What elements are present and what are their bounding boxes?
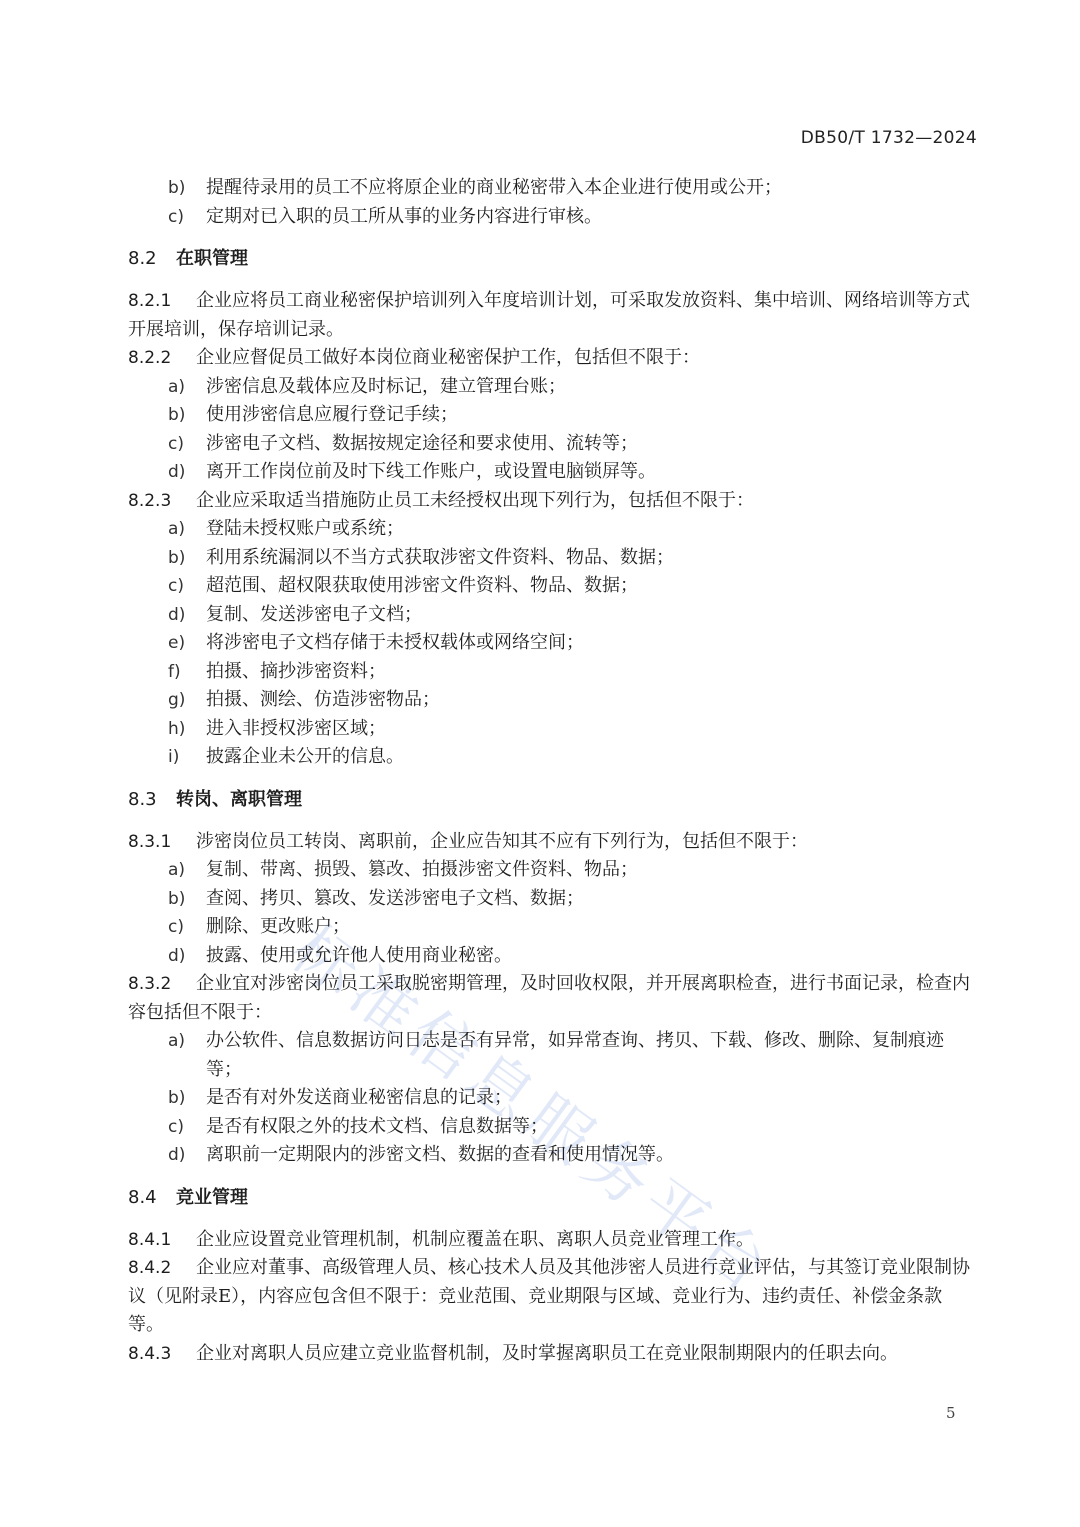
clause-text: 涉密岗位员工转岗、离职前，企业应告知其不应有下列行为，包括但不限于： [196, 831, 808, 852]
list-item: c)超范围、超权限获取使用涉密文件资料、物品、数据； [128, 572, 978, 601]
list-item: d)离开工作岗位前及时下线工作账户，或设置电脑锁屏等。 [128, 458, 978, 487]
list-item: b)利用系统漏洞以不当方式获取涉密文件资料、物品、数据； [128, 544, 978, 573]
section-title: 竞业管理 [176, 1187, 248, 1208]
clause: 8.3.2企业宜对涉密岗位员工采取脱密期管理，及时回收权限，并开展离职检查，进行… [128, 970, 978, 1027]
clause: 8.4.1企业应设置竞业管理机制，机制应覆盖在职、离职人员竞业管理工作。 [128, 1226, 978, 1255]
list-item-text: 涉密电子文档、数据按规定途径和要求使用、流转等； [206, 430, 978, 459]
list-item-label: a) [168, 856, 206, 885]
clause-text: 企业应对董事、高级管理人员、核心技术人员及其他涉密人员进行竞业评估，与其签订竞业… [128, 1257, 970, 1335]
list-item-label: h) [168, 715, 206, 744]
page-number: 5 [946, 1404, 956, 1422]
clause-text: 企业应将员工商业秘密保护培训列入年度培训计划，可采取发放资料、集中培训、网络培训… [128, 290, 970, 340]
clause-number: 8.4.3 [128, 1340, 196, 1369]
list-item: a)涉密信息及载体应及时标记，建立管理台账； [128, 373, 978, 402]
list-item-label: d) [168, 601, 206, 630]
section-number: 8.4 [128, 1184, 176, 1212]
list-item: a)办公软件、信息数据访问日志是否有异常，如异常查询、拷贝、下载、修改、删除、复… [128, 1027, 978, 1084]
list-item-label: g) [168, 686, 206, 715]
list-item-label: i) [168, 743, 206, 772]
list-item: d)离职前一定期限内的涉密文档、数据的查看和使用情况等。 [128, 1141, 978, 1170]
list-item-text: 拍摄、测绘、仿造涉密物品； [206, 686, 978, 715]
list-item-label: a) [168, 1027, 206, 1084]
clause: 8.2.1企业应将员工商业秘密保护培训列入年度培训计划，可采取发放资料、集中培训… [128, 287, 978, 344]
list-item-text: 使用涉密信息应履行登记手续； [206, 401, 978, 430]
list-item-text: 离开工作岗位前及时下线工作账户，或设置电脑锁屏等。 [206, 458, 978, 487]
list-item-label: d) [168, 1141, 206, 1170]
list-item-text: 定期对已入职的员工所从事的业务内容进行审核。 [206, 203, 978, 232]
list-item-label: e) [168, 629, 206, 658]
list-item-label: c) [168, 913, 206, 942]
list-item: e)将涉密电子文档存储于未授权载体或网络空间； [128, 629, 978, 658]
list-item-text: 超范围、超权限获取使用涉密文件资料、物品、数据； [206, 572, 978, 601]
section-heading: 8.2在职管理 [128, 245, 978, 273]
list-item: f)拍摄、摘抄涉密资料； [128, 658, 978, 687]
clause-number: 8.3.2 [128, 970, 196, 999]
section-heading: 8.4竞业管理 [128, 1184, 978, 1212]
list-item: c)涉密电子文档、数据按规定途径和要求使用、流转等； [128, 430, 978, 459]
clause: 8.3.1涉密岗位员工转岗、离职前，企业应告知其不应有下列行为，包括但不限于： [128, 828, 978, 857]
list-item-label: c) [168, 430, 206, 459]
clause: 8.2.2企业应督促员工做好本岗位商业秘密保护工作，包括但不限于： [128, 344, 978, 373]
section-heading: 8.3转岗、离职管理 [128, 786, 978, 814]
list-item-label: b) [168, 544, 206, 573]
list-item-text: 办公软件、信息数据访问日志是否有异常，如异常查询、拷贝、下载、修改、删除、复制痕… [206, 1027, 978, 1084]
list-item-text: 进入非授权涉密区域； [206, 715, 978, 744]
list-item-text: 查阅、拷贝、篡改、发送涉密电子文档、数据； [206, 885, 978, 914]
list-item: h)进入非授权涉密区域； [128, 715, 978, 744]
list-item-text: 利用系统漏洞以不当方式获取涉密文件资料、物品、数据； [206, 544, 978, 573]
list-item-label: d) [168, 458, 206, 487]
list-item-text: 将涉密电子文档存储于未授权载体或网络空间； [206, 629, 978, 658]
list-item: b)是否有对外发送商业秘密信息的记录； [128, 1084, 978, 1113]
clause: 8.4.2企业应对董事、高级管理人员、核心技术人员及其他涉密人员进行竞业评估，与… [128, 1254, 978, 1340]
list-item: c)定期对已入职的员工所从事的业务内容进行审核。 [128, 203, 978, 232]
list-item: c)删除、更改账户； [128, 913, 978, 942]
list-item-text: 复制、带离、损毁、篡改、拍摄涉密文件资料、物品； [206, 856, 978, 885]
document-body: b)提醒待录用的员工不应将原企业的商业秘密带入本企业进行使用或公开；c)定期对已… [128, 174, 978, 1368]
list-item-text: 披露企业未公开的信息。 [206, 743, 978, 772]
list-item-label: c) [168, 572, 206, 601]
list-item-label: c) [168, 1113, 206, 1142]
list-item-text: 是否有权限之外的技术文档、信息数据等； [206, 1113, 978, 1142]
list-item-label: a) [168, 515, 206, 544]
clause: 8.2.3企业应采取适当措施防止员工未经授权出现下列行为，包括但不限于： [128, 487, 978, 516]
list-item-text: 登陆未授权账户或系统； [206, 515, 978, 544]
clause-number: 8.2.2 [128, 344, 196, 373]
list-item-text: 涉密信息及载体应及时标记，建立管理台账； [206, 373, 978, 402]
list-item-text: 复制、发送涉密电子文档； [206, 601, 978, 630]
list-item: c)是否有权限之外的技术文档、信息数据等； [128, 1113, 978, 1142]
clause-text: 企业应设置竞业管理机制，机制应覆盖在职、离职人员竞业管理工作。 [196, 1229, 754, 1250]
list-item-text: 拍摄、摘抄涉密资料； [206, 658, 978, 687]
clause: 8.4.3企业对离职人员应建立竞业监督机制，及时掌握离职员工在竞业限制期限内的任… [128, 1340, 978, 1369]
list-item: b)提醒待录用的员工不应将原企业的商业秘密带入本企业进行使用或公开； [128, 174, 978, 203]
section-number: 8.2 [128, 245, 176, 273]
section-title: 转岗、离职管理 [176, 789, 302, 810]
clause-number: 8.2.1 [128, 287, 196, 316]
list-item-label: d) [168, 942, 206, 971]
list-item-label: b) [168, 174, 206, 203]
section-number: 8.3 [128, 786, 176, 814]
clause-text: 企业应采取适当措施防止员工未经授权出现下列行为，包括但不限于： [196, 490, 754, 511]
clause-number: 8.3.1 [128, 828, 196, 857]
document-id: DB50/T 1732—2024 [801, 128, 977, 148]
list-item: b)查阅、拷贝、篡改、发送涉密电子文档、数据； [128, 885, 978, 914]
list-item: a)登陆未授权账户或系统； [128, 515, 978, 544]
clause-text: 企业应督促员工做好本岗位商业秘密保护工作，包括但不限于： [196, 347, 700, 368]
list-item-label: a) [168, 373, 206, 402]
list-item: d)复制、发送涉密电子文档； [128, 601, 978, 630]
list-item-text: 删除、更改账户； [206, 913, 978, 942]
clause-number: 8.4.1 [128, 1226, 196, 1255]
clause-number: 8.2.3 [128, 487, 196, 516]
list-item-text: 披露、使用或允许他人使用商业秘密。 [206, 942, 978, 971]
list-item: b)使用涉密信息应履行登记手续； [128, 401, 978, 430]
list-item-label: b) [168, 885, 206, 914]
clause-text: 企业宜对涉密岗位员工采取脱密期管理，及时回收权限，并开展离职检查，进行书面记录，… [128, 973, 970, 1023]
list-item: g)拍摄、测绘、仿造涉密物品； [128, 686, 978, 715]
list-item-text: 离职前一定期限内的涉密文档、数据的查看和使用情况等。 [206, 1141, 978, 1170]
list-item-label: b) [168, 401, 206, 430]
section-title: 在职管理 [176, 248, 248, 269]
list-item-label: b) [168, 1084, 206, 1113]
list-item-text: 提醒待录用的员工不应将原企业的商业秘密带入本企业进行使用或公开； [206, 174, 978, 203]
list-item-label: c) [168, 203, 206, 232]
clause-number: 8.4.2 [128, 1254, 196, 1283]
list-item: d)披露、使用或允许他人使用商业秘密。 [128, 942, 978, 971]
list-item-label: f) [168, 658, 206, 687]
clause-text: 企业对离职人员应建立竞业监督机制，及时掌握离职员工在竞业限制期限内的任职去向。 [196, 1343, 898, 1364]
list-item-text: 是否有对外发送商业秘密信息的记录； [206, 1084, 978, 1113]
list-item: i)披露企业未公开的信息。 [128, 743, 978, 772]
list-item: a)复制、带离、损毁、篡改、拍摄涉密文件资料、物品； [128, 856, 978, 885]
